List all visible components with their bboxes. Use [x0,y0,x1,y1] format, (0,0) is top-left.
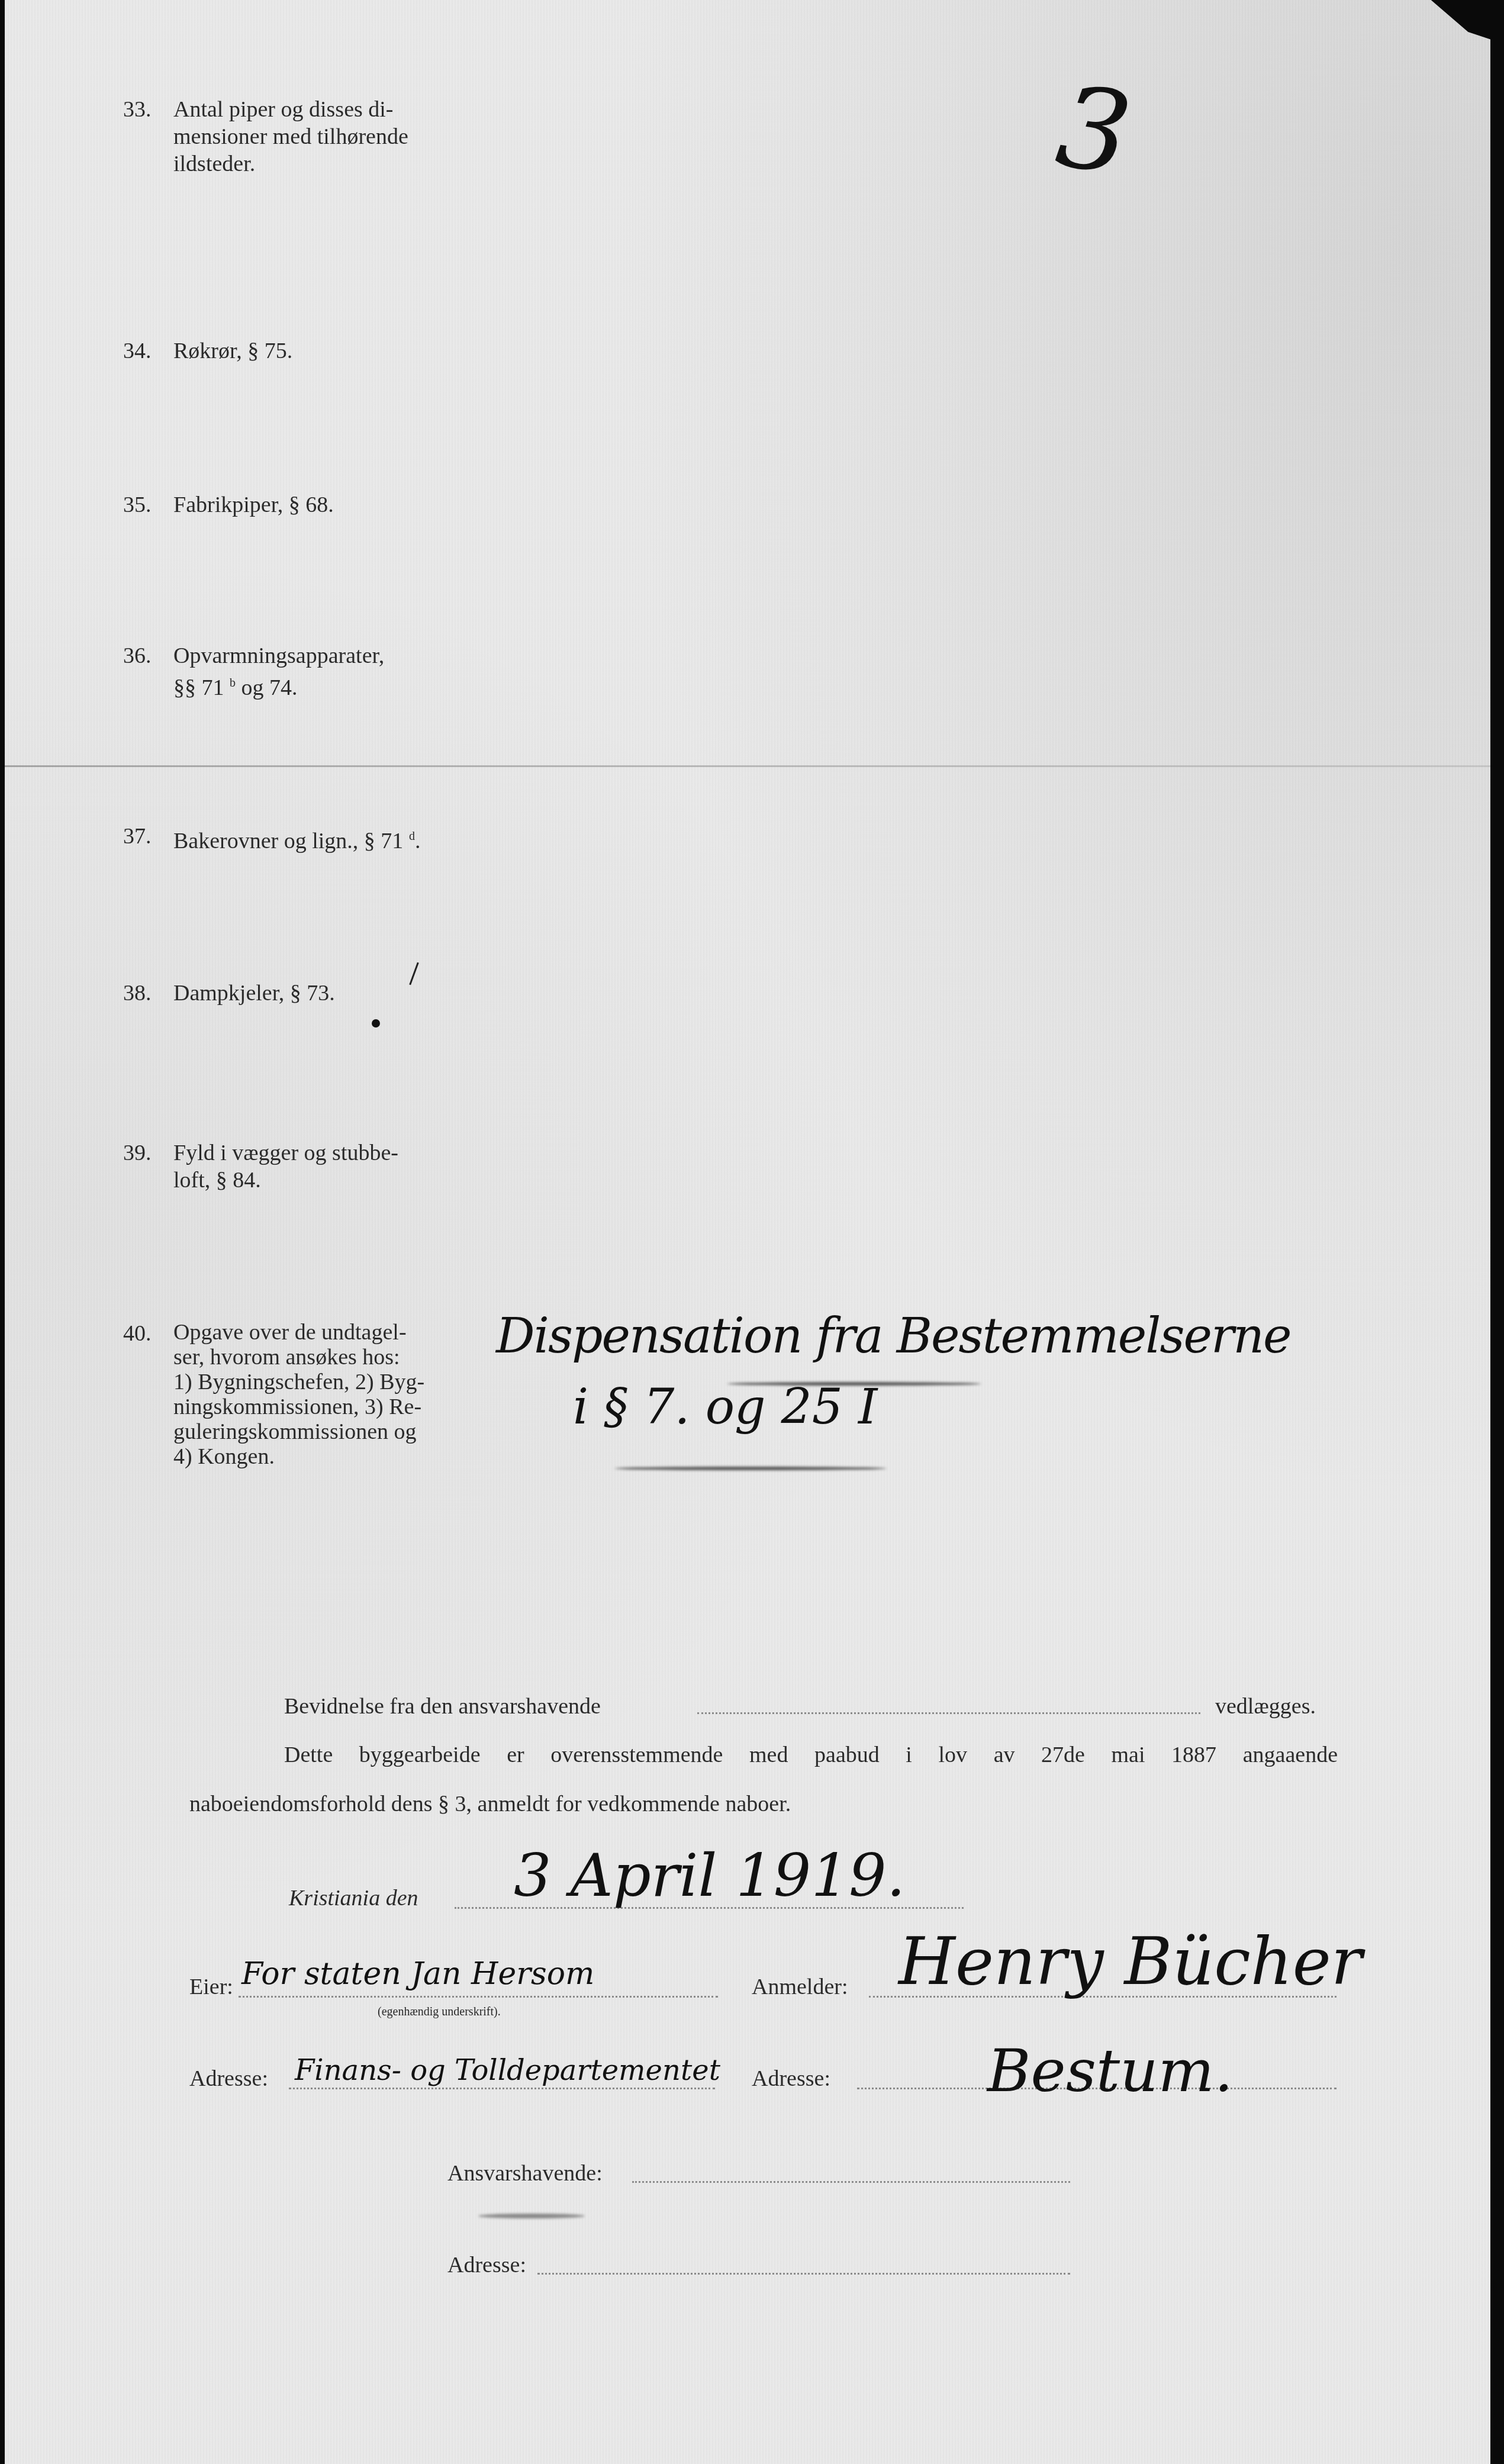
ansvarshavende-attestation-field[interactable] [697,1712,1200,1714]
eier-label: Eier: [189,1974,233,2000]
eier-note: (egenhændig underskrift). [378,2005,501,2019]
item-number: 36. [123,642,170,669]
item-text: Fabrikpiper, § 68. [173,491,523,518]
item-number: 37. [123,823,170,850]
bevidnelse-label: Bevidnelse fra den ansvarshavende [284,1694,601,1719]
eier-adresse-handwritten: Finans- og Tolldepartementet [295,2054,720,2087]
item-text-main: Bakerovner og lign., § 71 [173,829,403,853]
pencil-smudge [478,2214,585,2218]
place-date-label: Kristiania den [289,1885,418,1911]
handwritten-page-number: 3 [1049,61,1138,201]
item-number: 33. [123,96,170,123]
vedlaegges-text: vedlægges. [1215,1693,1316,1720]
ink-underline [614,1467,887,1470]
item-text: Opgave over de undtagel- ser, hvorom ans… [173,1320,487,1469]
item-text: Dampkjeler, § 73. [173,980,523,1007]
superscript: d [409,830,415,843]
document-page: 3 33. Antal piper og disses di- mensione… [5,0,1490,2464]
item-text: Bakerovner og lign., § 71 d. [173,823,523,855]
superscript: b [230,677,236,690]
item-text-end: . [415,829,421,853]
item-text-line2: §§ 71 [173,675,224,700]
item-number: 35. [123,491,170,518]
item-number: 38. [123,980,170,1007]
ansvarshavende-adresse-label: Adresse: [447,2252,526,2278]
item-text: Opvarmningsapparater, §§ 71 b og 74. [173,642,523,701]
statement-line-2: naboeiendomsforhold dens § 3, anmeldt fo… [189,1790,791,1818]
bevidnelse-line: Bevidnelse fra den ansvarshavende [284,1693,601,1720]
ink-mark [372,1019,380,1028]
anmelder-adresse-label: Adresse: [752,2066,830,2092]
item-text-line2-end: og 74. [236,675,298,700]
eier-field[interactable] [239,1996,718,1998]
statement-line-1: Dette byggearbeide er overensstemmende m… [284,1741,1338,1769]
item-number: 40. [123,1320,170,1347]
ansvarshavende-label: Ansvarshavende: [447,2160,603,2186]
anmelder-adresse-handwritten: Bestum. [987,2036,1233,2105]
item-number: 34. [123,337,170,365]
eier-adresse-field[interactable] [289,2088,715,2089]
item-text-line1: Opvarmningsapparater, [173,643,384,668]
ansvarshavende-field[interactable] [632,2181,1070,2183]
ink-underline [727,1382,981,1386]
ansvarshavende-adresse-field[interactable] [537,2273,1070,2275]
item-40-handwritten-line1: Dispensation fra Bestemmelserne [496,1308,1291,1364]
vedlaegges-label: vedlægges. [1215,1694,1316,1719]
item-40-handwritten-line2: i § 7. og 25 I [573,1379,877,1435]
anmelder-signature: Henry Bücher [898,1924,1362,1999]
anmelder-label: Anmelder: [752,1974,848,2000]
page-fold-line [5,765,1490,767]
item-text: Fyld i vægger og stubbe- loft, § 84. [173,1139,523,1194]
eier-adresse-label: Adresse: [189,2066,268,2092]
eier-signature: For staten Jan Hersom [241,1956,594,1992]
item-text: Røkrør, § 75. [173,337,523,365]
date-handwritten: 3 April 1919. [514,1841,905,1910]
item-text: Antal piper og disses di- mensioner med … [173,96,523,178]
item-number: 39. [123,1139,170,1167]
